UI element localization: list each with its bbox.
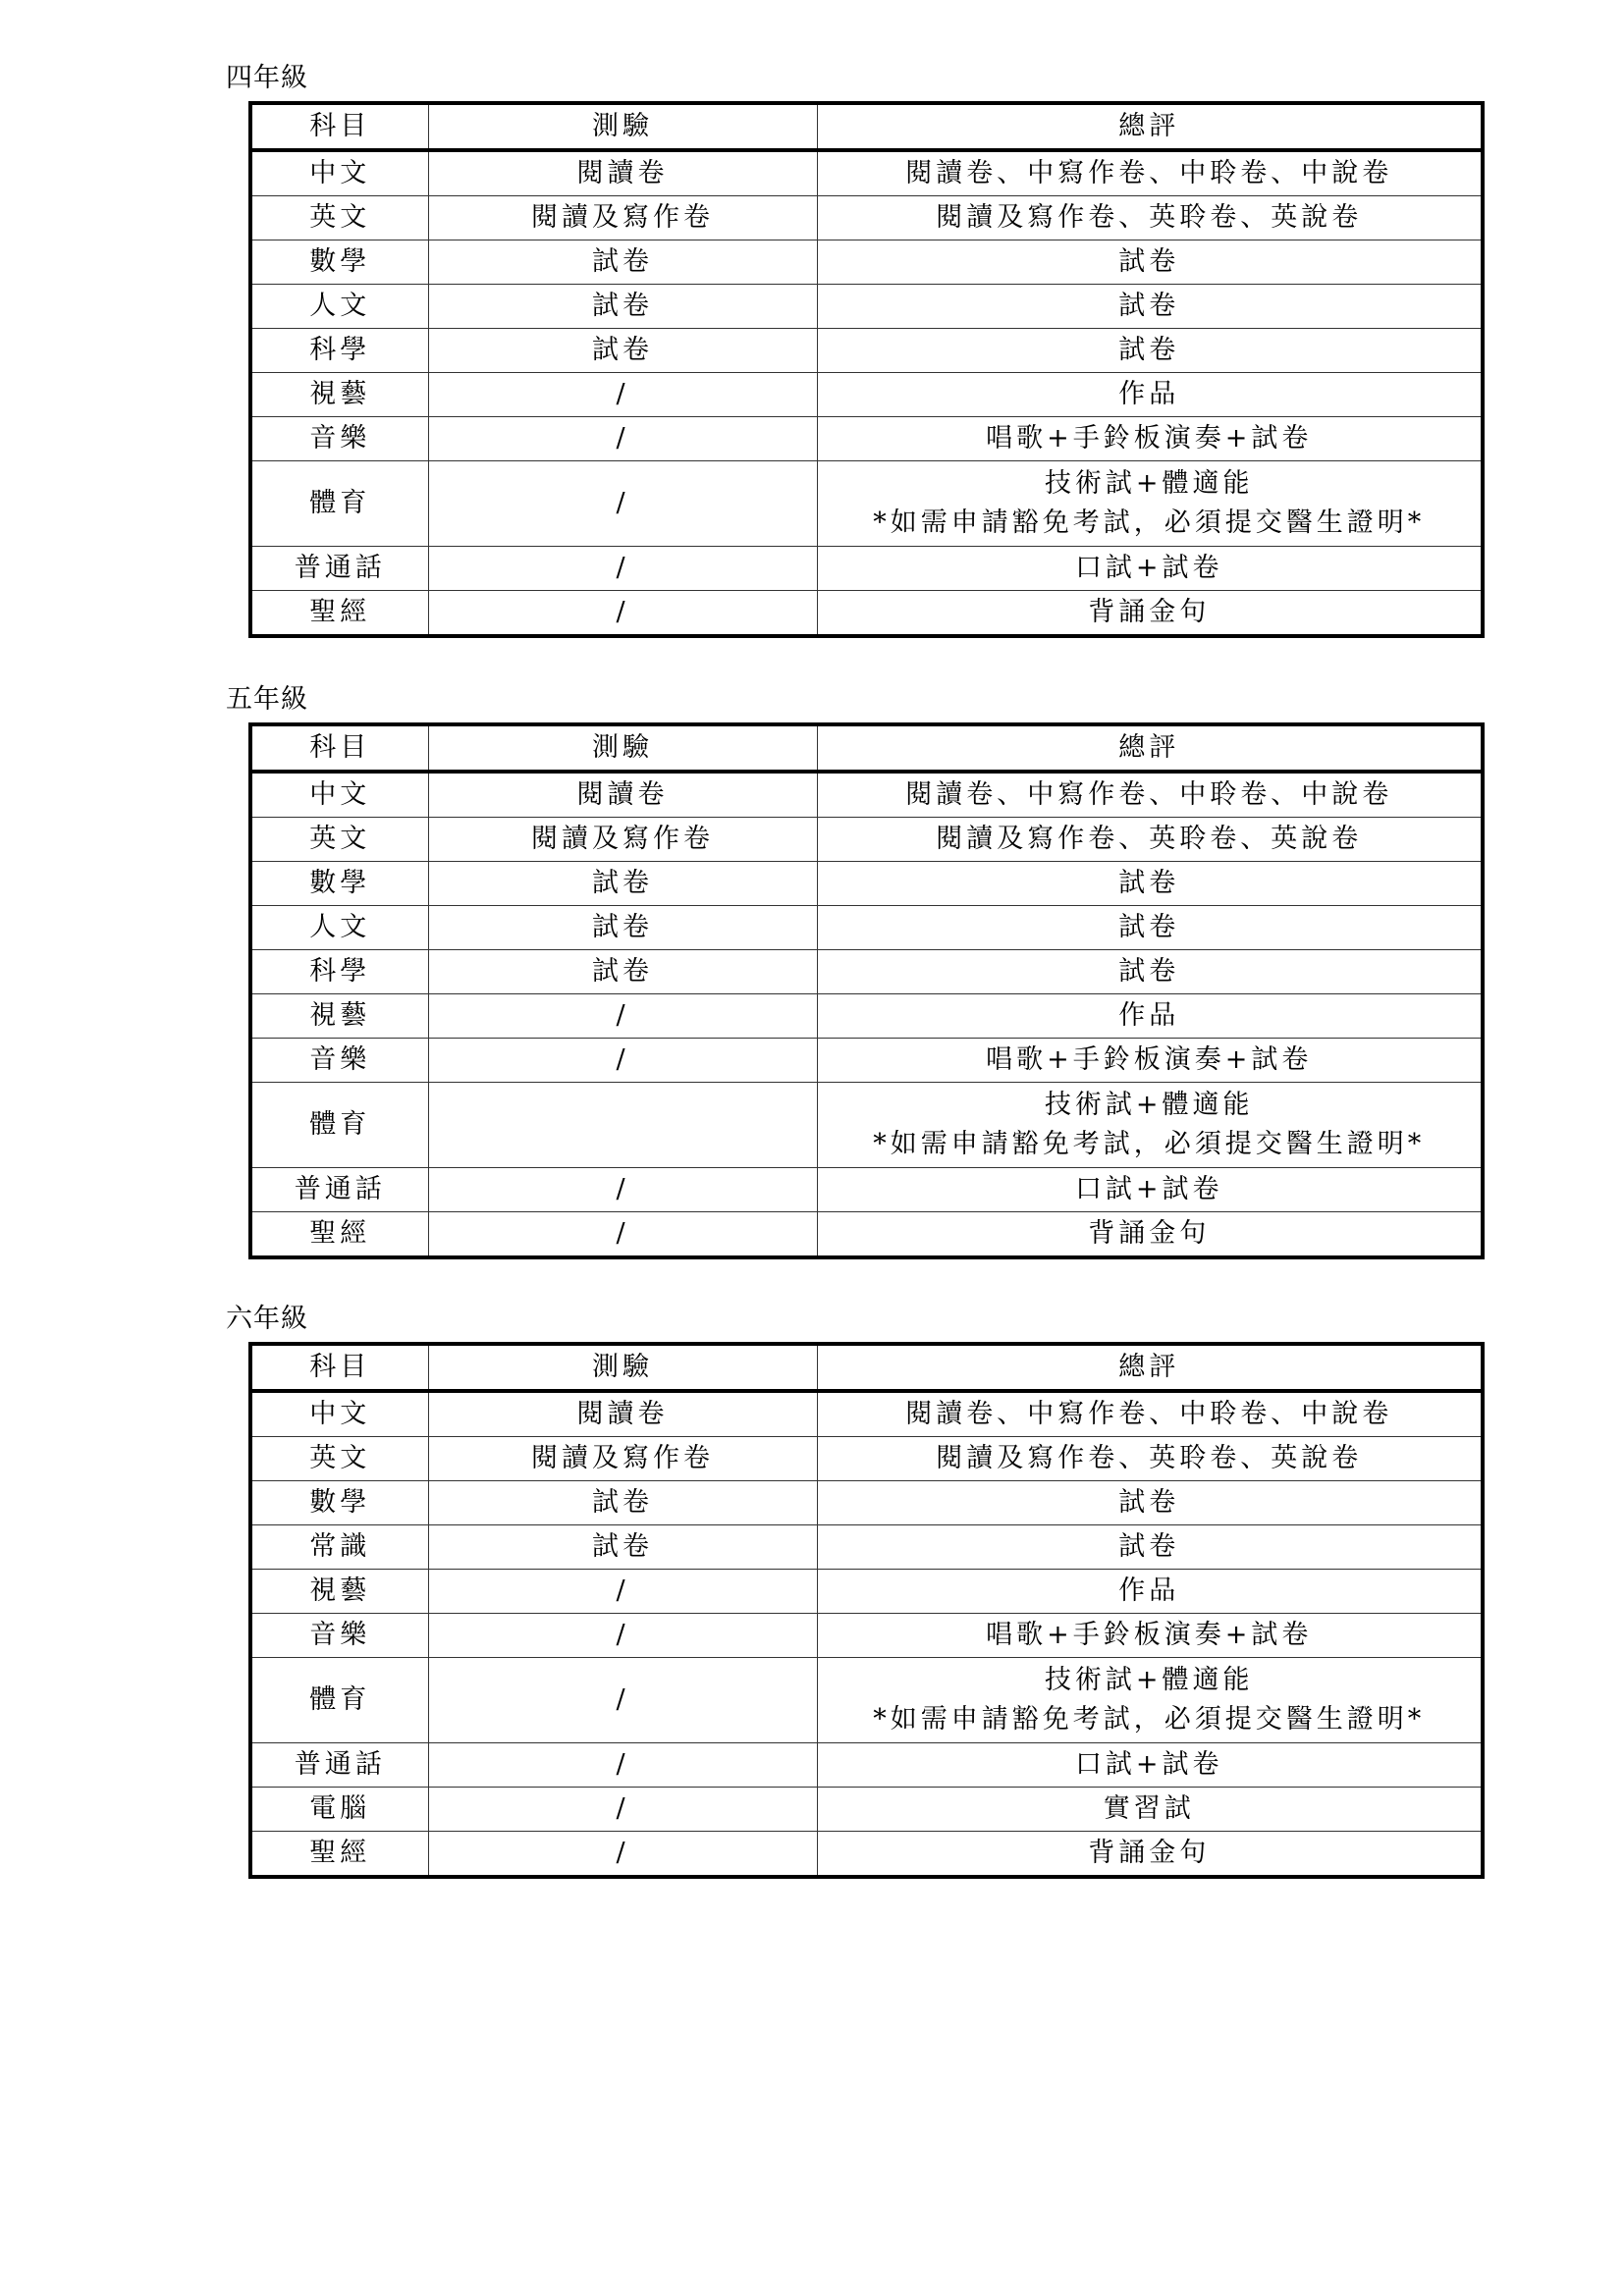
table-row: 體育/技術試+體適能*如需申請豁免考試，必須提交醫生證明* bbox=[250, 1658, 1483, 1743]
table-row: 中文閱讀卷閱讀卷、中寫作卷、中聆卷、中說卷 bbox=[250, 150, 1483, 196]
grade-5-title: 五年級 bbox=[226, 684, 308, 716]
assessment-cell: 技術試+體適能*如需申請豁免考試，必須提交醫生證明* bbox=[817, 1658, 1483, 1743]
grade-6-title: 六年級 bbox=[226, 1304, 308, 1335]
assessment-cell: 唱歌+手鈴板演奏+試卷 bbox=[817, 1614, 1483, 1658]
assessment-cell: 唱歌+手鈴板演奏+試卷 bbox=[817, 1039, 1483, 1083]
table-row: 人文試卷試卷 bbox=[250, 906, 1483, 950]
table-row: 常識試卷試卷 bbox=[250, 1525, 1483, 1570]
exemption-note: *如需申請豁免考試，必須提交醫生證明* bbox=[818, 1125, 1482, 1164]
table-row: 普通話/口試+試卷 bbox=[250, 1743, 1483, 1788]
test-cell: / bbox=[428, 547, 817, 591]
subject-cell: 數學 bbox=[250, 240, 428, 285]
table-row: 數學試卷試卷 bbox=[250, 1481, 1483, 1525]
table-row: 普通話/口試+試卷 bbox=[250, 547, 1483, 591]
table-row: 聖經/背誦金句 bbox=[250, 1832, 1483, 1878]
header-subject: 科目 bbox=[250, 1344, 428, 1391]
assessment-cell: 閱讀及寫作卷、英聆卷、英說卷 bbox=[817, 818, 1483, 862]
subject-cell: 英文 bbox=[250, 196, 428, 240]
subject-cell: 體育 bbox=[250, 1083, 428, 1168]
test-cell: / bbox=[428, 1658, 817, 1743]
header-test: 測驗 bbox=[428, 103, 817, 150]
test-cell: 閱讀及寫作卷 bbox=[428, 818, 817, 862]
table-row: 數學試卷試卷 bbox=[250, 862, 1483, 906]
assessment-cell: 口試+試卷 bbox=[817, 1168, 1483, 1212]
header-subject: 科目 bbox=[250, 103, 428, 150]
subject-cell: 視藝 bbox=[250, 373, 428, 417]
subject-cell: 英文 bbox=[250, 1437, 428, 1481]
header-test: 測驗 bbox=[428, 1344, 817, 1391]
table-header-row: 科目 測驗 總評 bbox=[250, 724, 1483, 772]
table-row: 英文閱讀及寫作卷閱讀及寫作卷、英聆卷、英說卷 bbox=[250, 818, 1483, 862]
table-row: 音樂/唱歌+手鈴板演奏+試卷 bbox=[250, 1614, 1483, 1658]
subject-cell: 體育 bbox=[250, 461, 428, 547]
subject-cell: 體育 bbox=[250, 1658, 428, 1743]
test-cell: / bbox=[428, 1614, 817, 1658]
test-cell: 閱讀卷 bbox=[428, 772, 817, 818]
table-row: 英文閱讀及寫作卷閱讀及寫作卷、英聆卷、英說卷 bbox=[250, 1437, 1483, 1481]
table-row: 英文閱讀及寫作卷閱讀及寫作卷、英聆卷、英說卷 bbox=[250, 196, 1483, 240]
assessment-cell: 閱讀卷、中寫作卷、中聆卷、中說卷 bbox=[817, 1391, 1483, 1437]
assessment-cell: 試卷 bbox=[817, 1481, 1483, 1525]
table-row: 中文閱讀卷閱讀卷、中寫作卷、中聆卷、中說卷 bbox=[250, 772, 1483, 818]
test-cell: / bbox=[428, 591, 817, 637]
subject-cell: 科學 bbox=[250, 950, 428, 994]
assessment-line: 技術試+體適能 bbox=[818, 1086, 1482, 1125]
table-row: 視藝/作品 bbox=[250, 994, 1483, 1039]
table-row: 音樂/唱歌+手鈴板演奏+試卷 bbox=[250, 417, 1483, 461]
table-row: 科學試卷試卷 bbox=[250, 950, 1483, 994]
subject-cell: 中文 bbox=[250, 1391, 428, 1437]
test-cell: / bbox=[428, 1212, 817, 1258]
subject-cell: 普通話 bbox=[250, 547, 428, 591]
subject-cell: 人文 bbox=[250, 285, 428, 329]
subject-cell: 英文 bbox=[250, 818, 428, 862]
test-cell: 試卷 bbox=[428, 285, 817, 329]
assessment-cell: 試卷 bbox=[817, 862, 1483, 906]
assessment-cell: 試卷 bbox=[817, 1525, 1483, 1570]
subject-cell: 電腦 bbox=[250, 1788, 428, 1832]
subject-cell: 聖經 bbox=[250, 591, 428, 637]
table-row: 音樂/唱歌+手鈴板演奏+試卷 bbox=[250, 1039, 1483, 1083]
assessment-cell: 技術試+體適能*如需申請豁免考試，必須提交醫生證明* bbox=[817, 1083, 1483, 1168]
assessment-cell: 試卷 bbox=[817, 950, 1483, 994]
test-cell: 試卷 bbox=[428, 329, 817, 373]
subject-cell: 聖經 bbox=[250, 1212, 428, 1258]
exemption-note: *如需申請豁免考試，必須提交醫生證明* bbox=[818, 504, 1482, 543]
test-cell: 閱讀卷 bbox=[428, 1391, 817, 1437]
test-cell: / bbox=[428, 1570, 817, 1614]
test-cell: 閱讀卷 bbox=[428, 150, 817, 196]
subject-cell: 數學 bbox=[250, 862, 428, 906]
test-cell: / bbox=[428, 1788, 817, 1832]
table-header-row: 科目 測驗 總評 bbox=[250, 103, 1483, 150]
table-row: 中文閱讀卷閱讀卷、中寫作卷、中聆卷、中說卷 bbox=[250, 1391, 1483, 1437]
test-cell: 試卷 bbox=[428, 1481, 817, 1525]
test-cell: / bbox=[428, 1743, 817, 1788]
table-row: 電腦/實習試 bbox=[250, 1788, 1483, 1832]
header-assessment: 總評 bbox=[817, 103, 1483, 150]
test-cell: 試卷 bbox=[428, 950, 817, 994]
test-cell: / bbox=[428, 417, 817, 461]
test-cell: / bbox=[428, 373, 817, 417]
subject-cell: 音樂 bbox=[250, 1614, 428, 1658]
subject-cell: 中文 bbox=[250, 772, 428, 818]
test-cell: / bbox=[428, 1168, 817, 1212]
header-assessment: 總評 bbox=[817, 1344, 1483, 1391]
subject-cell: 常識 bbox=[250, 1525, 428, 1570]
assessment-cell: 作品 bbox=[817, 1570, 1483, 1614]
subject-cell: 人文 bbox=[250, 906, 428, 950]
test-cell: 試卷 bbox=[428, 1525, 817, 1570]
table-row: 聖經/背誦金句 bbox=[250, 591, 1483, 637]
subject-cell: 中文 bbox=[250, 150, 428, 196]
assessment-cell: 技術試+體適能*如需申請豁免考試，必須提交醫生證明* bbox=[817, 461, 1483, 547]
assessment-cell: 背誦金句 bbox=[817, 1212, 1483, 1258]
test-cell: 試卷 bbox=[428, 240, 817, 285]
test-cell: 試卷 bbox=[428, 906, 817, 950]
test-cell: / bbox=[428, 994, 817, 1039]
table-header-row: 科目 測驗 總評 bbox=[250, 1344, 1483, 1391]
assessment-cell: 口試+試卷 bbox=[817, 1743, 1483, 1788]
assessment-cell: 試卷 bbox=[817, 240, 1483, 285]
assessment-cell: 試卷 bbox=[817, 906, 1483, 950]
assessment-cell: 口試+試卷 bbox=[817, 547, 1483, 591]
test-cell bbox=[428, 1083, 817, 1168]
assessment-cell: 閱讀及寫作卷、英聆卷、英說卷 bbox=[817, 196, 1483, 240]
header-test: 測驗 bbox=[428, 724, 817, 772]
assessment-cell: 閱讀卷、中寫作卷、中聆卷、中說卷 bbox=[817, 772, 1483, 818]
test-cell: / bbox=[428, 1039, 817, 1083]
grade-4-table: 科目 測驗 總評 中文閱讀卷閱讀卷、中寫作卷、中聆卷、中說卷 英文閱讀及寫作卷閱… bbox=[248, 101, 1485, 638]
header-subject: 科目 bbox=[250, 724, 428, 772]
grade-4-title: 四年級 bbox=[226, 63, 308, 94]
table-row: 數學試卷試卷 bbox=[250, 240, 1483, 285]
subject-cell: 科學 bbox=[250, 329, 428, 373]
assessment-cell: 背誦金句 bbox=[817, 591, 1483, 637]
table-row: 視藝/作品 bbox=[250, 1570, 1483, 1614]
subject-cell: 聖經 bbox=[250, 1832, 428, 1878]
assessment-cell: 背誦金句 bbox=[817, 1832, 1483, 1878]
table-row: 體育技術試+體適能*如需申請豁免考試，必須提交醫生證明* bbox=[250, 1083, 1483, 1168]
grade-6-table: 科目 測驗 總評 中文閱讀卷閱讀卷、中寫作卷、中聆卷、中說卷 英文閱讀及寫作卷閱… bbox=[248, 1342, 1485, 1879]
subject-cell: 普通話 bbox=[250, 1168, 428, 1212]
header-assessment: 總評 bbox=[817, 724, 1483, 772]
test-cell: / bbox=[428, 461, 817, 547]
assessment-line: 技術試+體適能 bbox=[818, 1661, 1482, 1700]
table-row: 視藝/作品 bbox=[250, 373, 1483, 417]
subject-cell: 音樂 bbox=[250, 1039, 428, 1083]
test-cell: / bbox=[428, 1832, 817, 1878]
subject-cell: 普通話 bbox=[250, 1743, 428, 1788]
subject-cell: 數學 bbox=[250, 1481, 428, 1525]
exemption-note: *如需申請豁免考試，必須提交醫生證明* bbox=[818, 1700, 1482, 1739]
assessment-cell: 作品 bbox=[817, 373, 1483, 417]
assessment-cell: 閱讀卷、中寫作卷、中聆卷、中說卷 bbox=[817, 150, 1483, 196]
assessment-cell: 作品 bbox=[817, 994, 1483, 1039]
table-row: 科學試卷試卷 bbox=[250, 329, 1483, 373]
subject-cell: 視藝 bbox=[250, 994, 428, 1039]
test-cell: 試卷 bbox=[428, 862, 817, 906]
table-row: 人文試卷試卷 bbox=[250, 285, 1483, 329]
assessment-cell: 唱歌+手鈴板演奏+試卷 bbox=[817, 417, 1483, 461]
table-row: 體育/技術試+體適能*如需申請豁免考試，必須提交醫生證明* bbox=[250, 461, 1483, 547]
subject-cell: 視藝 bbox=[250, 1570, 428, 1614]
assessment-cell: 試卷 bbox=[817, 285, 1483, 329]
subject-cell: 音樂 bbox=[250, 417, 428, 461]
assessment-cell: 試卷 bbox=[817, 329, 1483, 373]
test-cell: 閱讀及寫作卷 bbox=[428, 196, 817, 240]
assessment-cell: 閱讀及寫作卷、英聆卷、英說卷 bbox=[817, 1437, 1483, 1481]
assessment-line: 技術試+體適能 bbox=[818, 464, 1482, 504]
table-row: 普通話/口試+試卷 bbox=[250, 1168, 1483, 1212]
grade-5-table: 科目 測驗 總評 中文閱讀卷閱讀卷、中寫作卷、中聆卷、中說卷 英文閱讀及寫作卷閱… bbox=[248, 722, 1485, 1259]
table-row: 聖經/背誦金句 bbox=[250, 1212, 1483, 1258]
test-cell: 閱讀及寫作卷 bbox=[428, 1437, 817, 1481]
assessment-cell: 實習試 bbox=[817, 1788, 1483, 1832]
